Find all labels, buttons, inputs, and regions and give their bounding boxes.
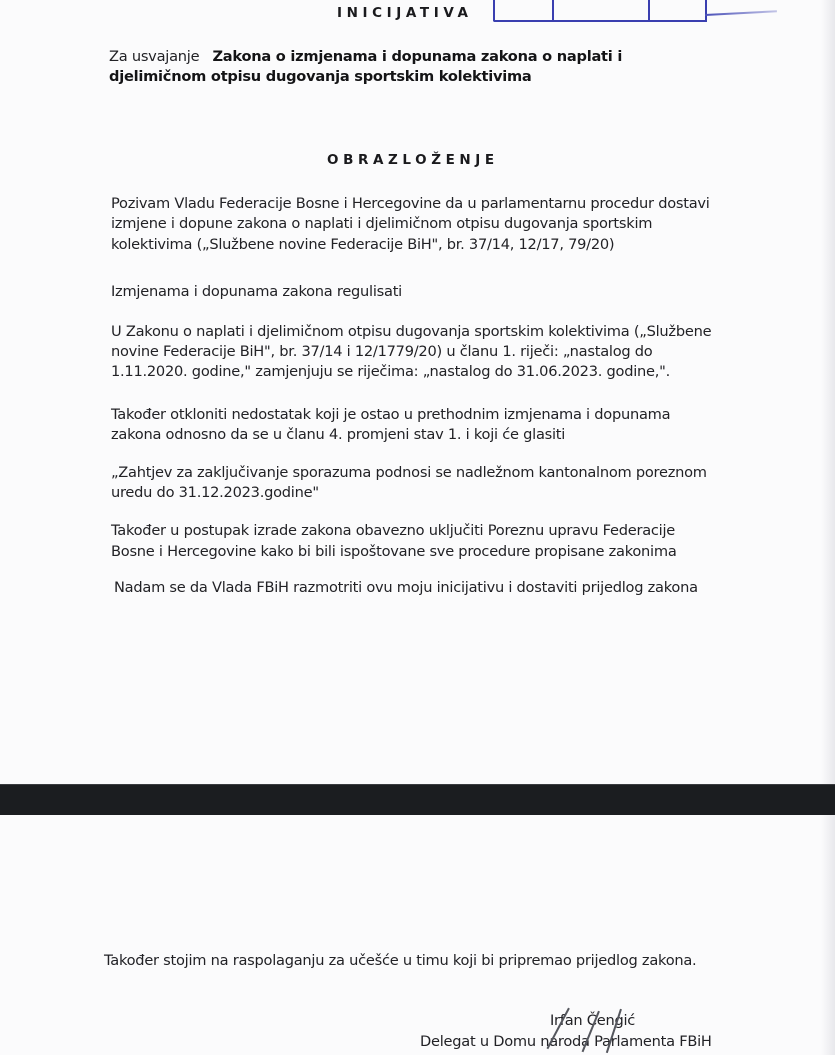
paragraph-1-line-3: kolektivima („Službene novine Federacije… (111, 235, 614, 256)
paragraph-3-line-3: 1.11.2020. godine," zamjenjuju se riječi… (111, 362, 670, 383)
paragraph-5-line-1: „Zahtjev za zaključivanje sporazuma podn… (111, 463, 707, 484)
subject-line-1: Za usvajanje Zakona o izmjenama i dopuna… (109, 47, 622, 68)
paragraph-5-line-2: uredu do 31.12.2023.godine" (111, 483, 319, 504)
closing-statement: Također stojim na raspolaganju za učešće… (104, 951, 696, 972)
document-page-2: Također stojim na raspolaganju za učešće… (0, 815, 835, 1055)
subject-prefix: Za usvajanje (109, 48, 199, 65)
paragraph-4-line-2: zakona odnosno da se u članu 4. promjeni… (111, 425, 565, 446)
stamp-tail-line (705, 10, 777, 16)
page-separator (0, 784, 835, 816)
page-edge-shadow (821, 0, 835, 784)
paragraph-3-line-2: novine Federacije BiH", br. 37/14 i 12/1… (111, 342, 652, 363)
stamp-divider (552, 0, 554, 20)
document-page-1: INICIJATIVA Za usvajanje Zakona o izmjen… (0, 0, 835, 784)
registry-stamp (493, 0, 707, 22)
subject-line-2: djelimičnom otpisu dugovanja sportskim k… (109, 67, 532, 88)
paragraph-3-line-1: U Zakonu o naplati i djelimičnom otpisu … (111, 322, 711, 343)
paragraph-6-line-2: Bosne i Hercegovine kako bi bili ispošto… (111, 542, 677, 563)
paragraph-7-line-1: Nadam se da Vlada FBiH razmotriti ovu mo… (114, 578, 698, 599)
paragraph-1-line-1: Pozivam Vladu Federacije Bosne i Hercego… (111, 194, 710, 215)
paragraph-4-line-1: Također otkloniti nedostatak koji je ost… (111, 405, 670, 426)
paragraph-6-line-1: Također u postupak izrade zakona obavezn… (111, 521, 675, 542)
stamp-divider (648, 0, 650, 20)
paragraph-1-line-2: izmjene i dopune zakona o naplati i djel… (111, 214, 652, 235)
subject-title: Zakona o izmjenama i dopunama zakona o n… (212, 48, 622, 65)
paragraph-2-line-1: Izmjenama i dopunama zakona regulisati (111, 282, 402, 303)
signature-role: Delegat u Domu naroda Parlamenta FBiH (420, 1032, 712, 1053)
section-heading: OBRAZLOŽENJE (327, 152, 499, 168)
page-edge-shadow (821, 815, 835, 1055)
document-title: INICIJATIVA (337, 5, 473, 21)
stamp-divider (705, 0, 707, 20)
